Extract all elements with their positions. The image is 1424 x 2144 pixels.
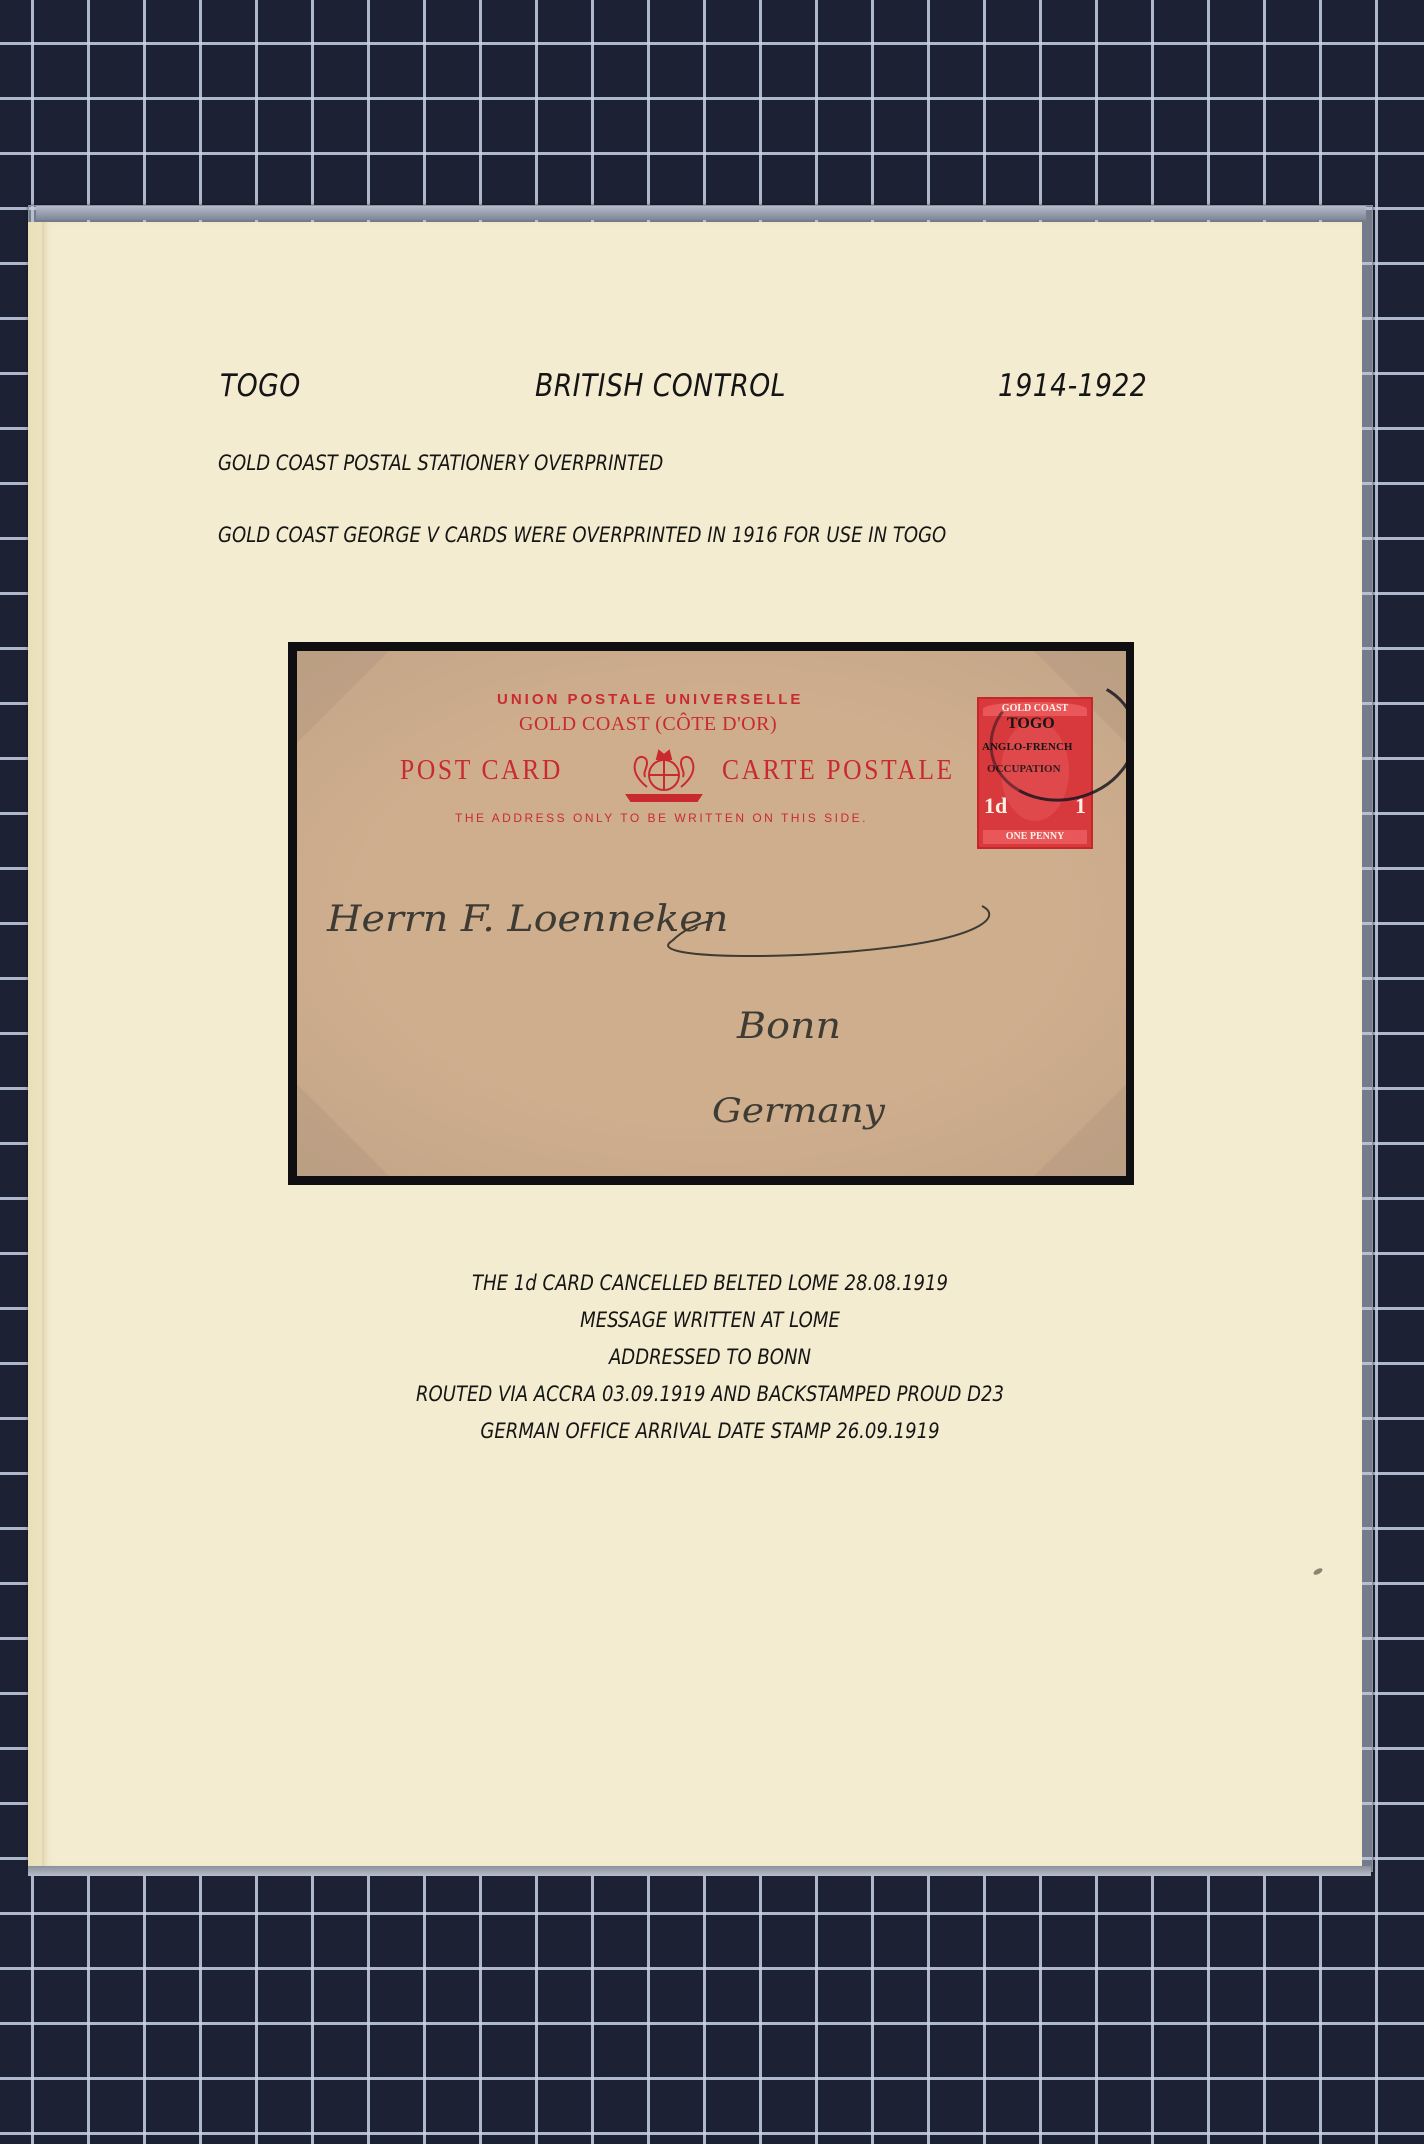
corner-mount — [1034, 1084, 1126, 1176]
postcard: UNION POSTALE UNIVERSELLE GOLD COAST (CÔ… — [297, 651, 1126, 1176]
caption: THE 1d CARD CANCELLED BELTED LOME 28.08.… — [200, 1265, 1220, 1450]
subheading-stationery: GOLD COAST POSTAL STATIONERY OVERPRINTED — [218, 451, 663, 475]
corner-mount — [297, 651, 389, 743]
country-heading: TOGO — [220, 368, 301, 404]
sleeve-bottom-edge — [28, 1866, 1371, 1876]
caption-line-address: ADDRESSED TO BONN — [271, 1339, 1148, 1376]
issuer-line: GOLD COAST (CÔTE D'OR) — [519, 713, 777, 736]
caption-line-cancel: THE 1d CARD CANCELLED BELTED LOME 28.08.… — [271, 1265, 1148, 1302]
carte-postale-title: CARTE POSTALE — [722, 754, 955, 787]
royal-arms-icon — [617, 743, 711, 805]
corner-mount — [297, 1084, 389, 1176]
caption-line-message: MESSAGE WRITTEN AT LOME — [271, 1302, 1148, 1339]
caption-line-arrival: GERMAN OFFICE ARRIVAL DATE STAMP 26.09.1… — [271, 1413, 1148, 1450]
city-handwriting: Bonn — [737, 1006, 841, 1047]
caption-line-routing: ROUTED VIA ACCRA 03.09.1919 AND BACKSTAM… — [271, 1376, 1148, 1413]
upu-line: UNION POSTALE UNIVERSELLE — [497, 691, 803, 708]
country-handwriting: Germany — [712, 1091, 885, 1131]
sleeve-top-edge — [36, 206, 1366, 220]
post-card-title: POST CARD — [400, 754, 563, 787]
subheading-overprint-note: GOLD COAST GEORGE V CARDS WERE OVERPRINT… — [218, 523, 946, 547]
underline-flourish — [652, 891, 1012, 961]
stamp-bottom-label: ONE PENNY — [983, 830, 1087, 844]
period-heading: BRITISH CONTROL — [535, 368, 786, 404]
address-instruction: THE ADDRESS ONLY TO BE WRITTEN ON THIS S… — [455, 811, 868, 825]
years-heading: 1914-1922 — [998, 368, 1147, 404]
stamp-value-left: 1d — [984, 793, 1007, 819]
